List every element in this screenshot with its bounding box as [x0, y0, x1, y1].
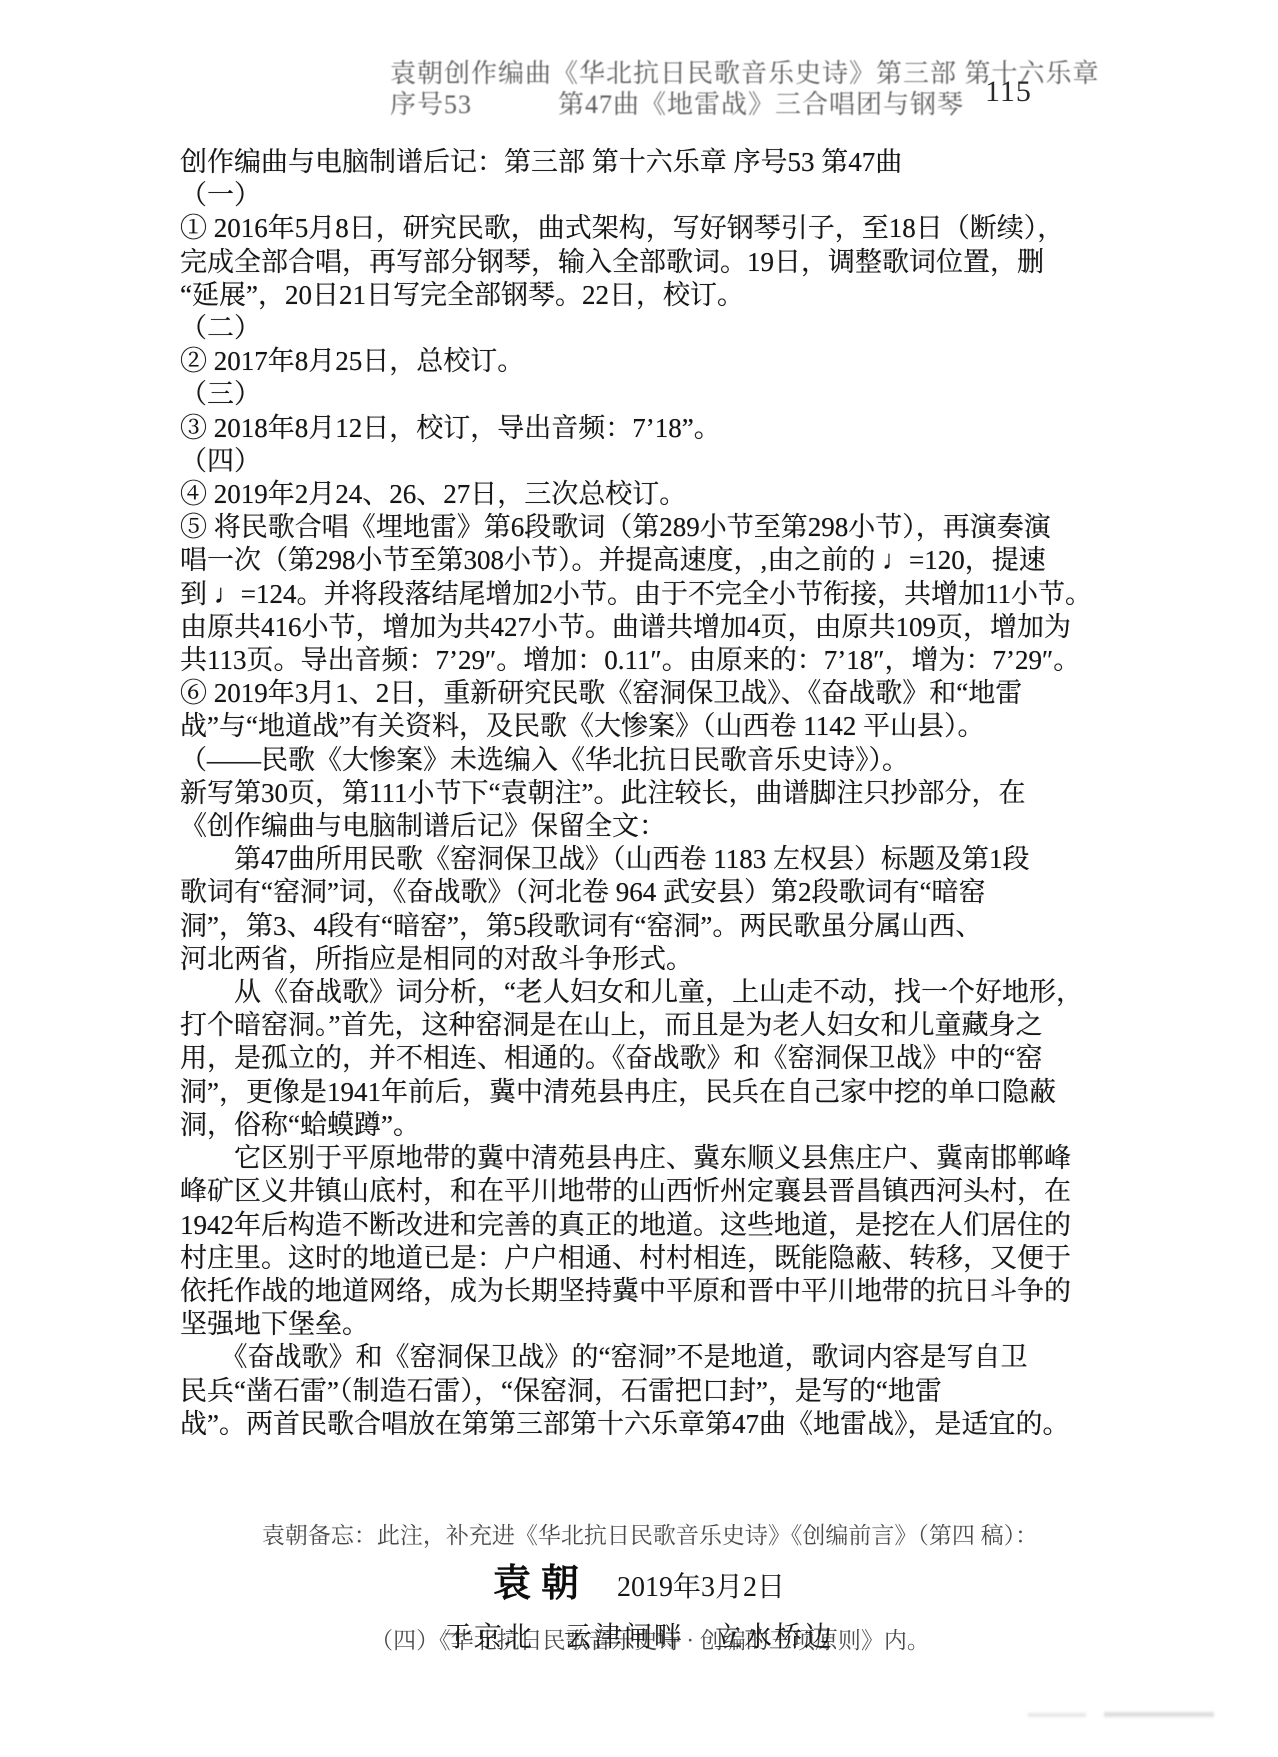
text-line: 唱一次（第298小节至第308小节）。并提高速度，,由之前的 ♩=120，提速 — [180, 544, 1120, 577]
text-line: 洞”，第3、4段有“暗窑”，第5段歌词有“窑洞”。两民歌虽分属山西、 — [180, 910, 1120, 943]
running-header-subtitle: 第47曲《地雷战》三合唱团与钢琴 — [558, 89, 964, 120]
watermark-smudge — [1104, 1712, 1214, 1717]
text-line: ① 2016年5月8日，研究民歌，曲式架构，写好钢琴引子，至18日（断续）， — [180, 212, 1120, 245]
text-line: 它区别于平原地带的冀中清苑县冉庄、冀东顺义县焦庄户、冀南邯郸峰 — [180, 1142, 1120, 1175]
document-page: 袁朝创作编曲《华北抗日民歌音乐史诗》第三部 第十六乐章 序号53 第47曲《地雷… — [0, 0, 1278, 1757]
text-line: 打个暗窑洞。”首先，这种窑洞是在山上，而且是为老人妇女和儿童藏身之 — [180, 1009, 1120, 1042]
text-line: 河北两省，所指应是相同的对敌斗争形式。 — [180, 943, 1120, 976]
text-line: 用，是孤立的，并不相连、相通的。《奋战歌》和《窑洞保卫战》中的“窑 — [180, 1042, 1120, 1075]
text-line: （一） — [180, 179, 1120, 212]
text-line: 《奋战歌》和《窑洞保卫战》的“窑洞”不是地道，歌词内容是写自卫 — [180, 1341, 1120, 1374]
text-line: （三） — [180, 378, 1120, 411]
signature-line: 袁朝2019年3月2日 — [0, 1552, 1278, 1607]
watermark-smudge — [1028, 1713, 1086, 1717]
signature-date: 2019年3月2日 — [617, 1572, 785, 1603]
text-line: （四） — [180, 445, 1120, 478]
text-line: 依托作战的地道网络，成为长期坚持冀中平原和晋中平川地带的抗日斗争的 — [180, 1275, 1120, 1308]
scan-watermark — [1028, 1712, 1214, 1717]
text-line: 由原共416小节，增加为共427小节。曲谱共增加4页，由原共109页，增加为 — [180, 611, 1120, 644]
author-name: 袁朝 — [493, 1563, 589, 1605]
text-line: ⑤ 将民歌合唱《埋地雷》第6段歌词（第289小节至第298小节），再演奏演 — [180, 511, 1120, 544]
text-line: 《创作编曲与电脑制谱后记》保留全文： — [180, 810, 1120, 843]
text-line: 民兵“凿石雷”（制造石雷），“保窑洞，石雷把口封”，是写的“地雷 — [180, 1375, 1120, 1408]
text-line: 洞”，更像是1941年前后，冀中清苑县冉庄，民兵在自己家中挖的单口隐蔽 — [180, 1076, 1120, 1109]
text-line: ③ 2018年8月12日，校订，导出音频：7’18”。 — [180, 412, 1120, 445]
text-line: 战”。两首民歌合唱放在第第三部第十六乐章第47曲《地雷战》，是适宜的。 — [180, 1408, 1120, 1441]
text-line: 坚强地下堡垒。 — [180, 1308, 1120, 1341]
text-line: （——民歌《大惨案》未选编入《华北抗日民歌音乐史诗》）。 — [180, 744, 1120, 777]
text-line: 从《奋战歌》词分析，“老人妇女和儿童，上山走不动，找一个好地形， — [180, 976, 1120, 1009]
text-line: “延展”，20日21日写完全部钢琴。22日，校订。 — [180, 279, 1120, 312]
text-line: 峰矿区义井镇山底村，和在平川地带的山西忻州定襄县晋昌镇西河头村，在 — [180, 1175, 1120, 1208]
serial-number: 序号53 — [390, 89, 472, 120]
text-line: 新写第30页，第111小节下“袁朝注”。此注较长，曲谱脚注只抄部分，在 — [180, 777, 1120, 810]
memo-line-1: 袁朝备忘：此注，补充进《华北抗日民歌音乐史诗》《创编前言》（第四 稿）： — [180, 1518, 1120, 1553]
text-line: 共113页。导出音频：7’29″。增加：0.11″。由原来的：7’18″，增为：… — [180, 644, 1120, 677]
text-line: ④ 2019年2月24、26、27日，三次总校订。 — [180, 478, 1120, 511]
body-text: 创作编曲与电脑制谱后记：第三部 第十六乐章 序号53 第47曲（一）① 2016… — [180, 146, 1120, 1441]
text-line: 到 ♩=124。并将段落结尾增加2小节。由于不完全小节衔接，共增加11小节。 — [180, 578, 1120, 611]
text-line: （二） — [180, 312, 1120, 345]
text-line: 创作编曲与电脑制谱后记：第三部 第十六乐章 序号53 第47曲 — [180, 146, 1120, 179]
text-line: 歌词有“窑洞”词，《奋战歌》（河北卷 964 武安县）第2段歌词有“暗窑 — [180, 876, 1120, 909]
text-line: 洞，俗称“蛤蟆蹲”。 — [180, 1109, 1120, 1142]
text-line: 战”与“地道战”有关资料，及民歌《大惨案》（山西卷 1142 平山县）。 — [180, 710, 1120, 743]
signature-block: 袁朝2019年3月2日 于京北 云津闸畔 立水桥边 — [0, 1552, 1278, 1655]
text-line: ② 2017年8月25日，总校订。 — [180, 345, 1120, 378]
text-line: ⑥ 2019年3月1、2日，重新研究民歌《窑洞保卫战》、《奋战歌》和“地雷 — [180, 677, 1120, 710]
text-line: 1942年后构造不断改进和完善的真正的地道。这些地道，是挖在人们居住的 — [180, 1209, 1120, 1242]
page-number: 115 — [985, 75, 1032, 109]
text-line: 村庄里。这时的地道已是：户户相通、村村相连，既能隐蔽、转移，又便于 — [180, 1242, 1120, 1275]
text-line: 第47曲所用民歌《窑洞保卫战》（山西卷 1183 左权县）标题及第1段 — [180, 843, 1120, 876]
text-line: 完成全部合唱，再写部分钢琴，输入全部歌词。19日，调整歌词位置，删 — [180, 246, 1120, 279]
signature-place: 于京北 云津闸畔 立水桥边 — [0, 1615, 1278, 1655]
